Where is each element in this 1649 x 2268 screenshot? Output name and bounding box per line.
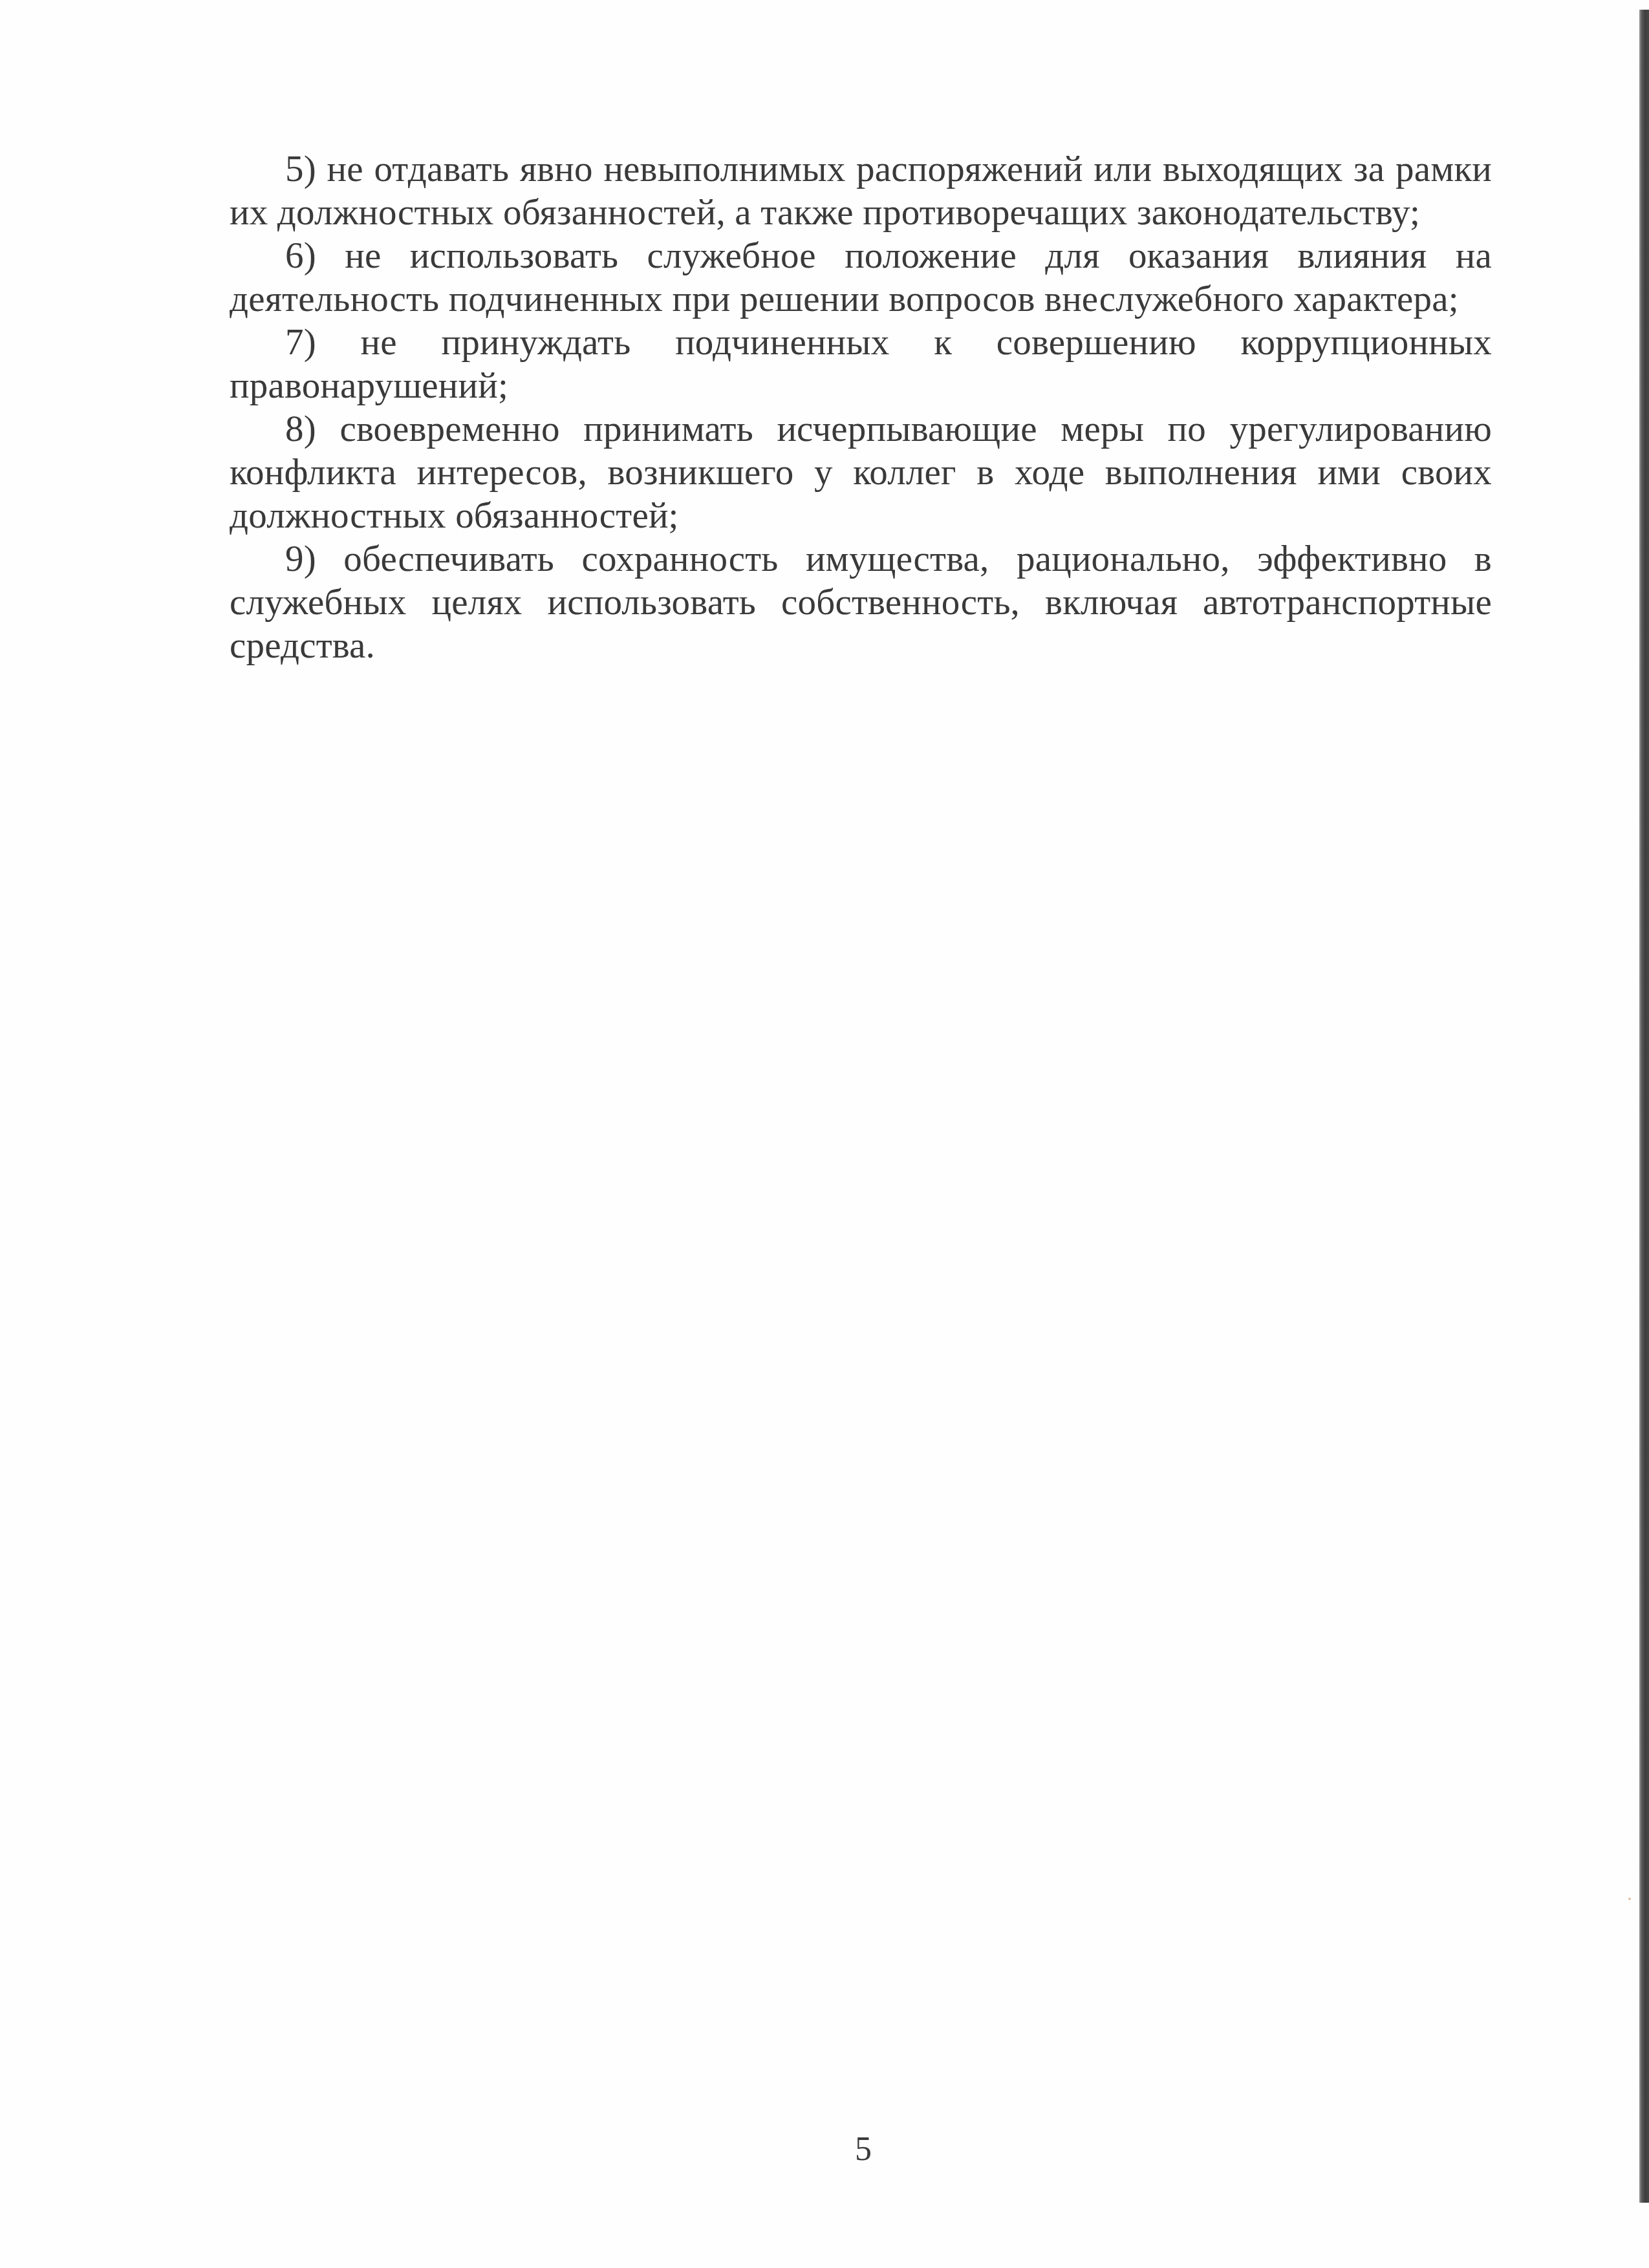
scan-edge-shadow <box>1639 10 1649 2203</box>
paragraph-item-5: 5) не отдавать явно невыполнимых распоря… <box>230 147 1492 234</box>
page-number: 5 <box>39 2130 1649 2169</box>
paragraph-item-7: 7) не принуждать подчиненных к совершени… <box>230 321 1492 407</box>
paragraph-item-6: 6) не использовать служебное положение д… <box>230 234 1492 321</box>
paragraph-item-8: 8) своевременно принимать исчерпывающие … <box>230 407 1492 537</box>
body-text: 5) не отдавать явно невыполнимых распоря… <box>230 147 1492 667</box>
paragraph-item-9: 9) обеспечивать сохранность имущества, р… <box>230 537 1492 667</box>
document-page: 5) не отдавать явно невыполнимых распоря… <box>0 0 1649 2268</box>
scan-speck <box>1628 1898 1631 1900</box>
